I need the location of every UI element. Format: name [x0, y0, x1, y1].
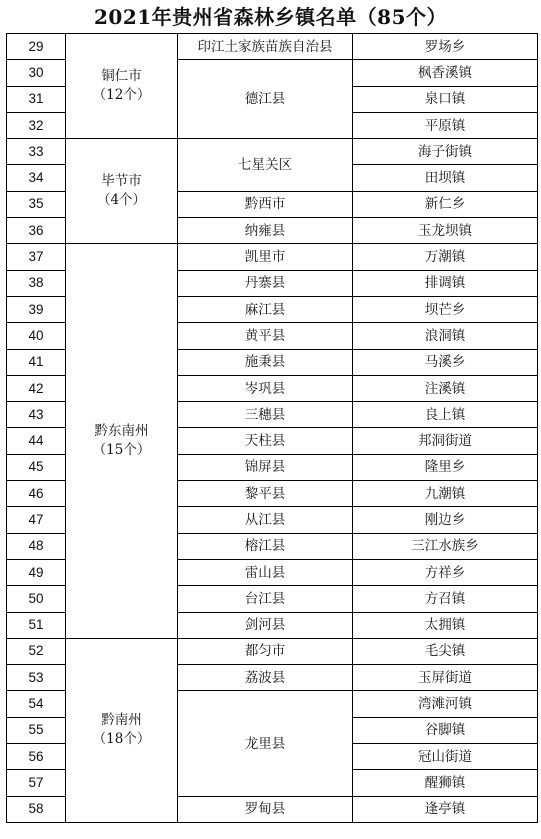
town-cell: 毛尖镇	[353, 638, 538, 664]
town-cell: 方召镇	[353, 586, 538, 612]
town-cell: 万潮镇	[353, 244, 538, 270]
county-cell: 施秉县	[178, 349, 353, 375]
row-number: 46	[7, 481, 66, 507]
row-number: 55	[7, 717, 66, 743]
county-cell: 剑河县	[178, 612, 353, 638]
row-number: 44	[7, 428, 66, 454]
row-number: 35	[7, 191, 66, 217]
document-title: 2021年贵州省森林乡镇名单（85个）	[0, 4, 541, 30]
town-cell: 太拥镇	[353, 612, 538, 638]
town-cell: 冠山街道	[353, 744, 538, 770]
town-cell: 玉屏街道	[353, 665, 538, 691]
row-number: 57	[7, 770, 66, 796]
table-row: 33毕节市（4个）七星关区海子街镇	[7, 139, 538, 165]
town-cell: 坝芒乡	[353, 296, 538, 322]
town-cell: 平原镇	[353, 112, 538, 138]
county-cell: 榕江县	[178, 533, 353, 559]
row-number: 40	[7, 323, 66, 349]
town-cell: 隆里乡	[353, 454, 538, 480]
city-count: （18个）	[66, 730, 177, 749]
town-cell: 马溪乡	[353, 349, 538, 375]
town-cell: 湾滩河镇	[353, 691, 538, 717]
row-number: 45	[7, 454, 66, 480]
town-cell: 排调镇	[353, 270, 538, 296]
town-cell: 逢亭镇	[353, 796, 538, 822]
town-cell: 泉口镇	[353, 86, 538, 112]
row-number: 53	[7, 665, 66, 691]
city-name: 黔南州	[66, 711, 177, 730]
city-cell: 黔南州（18个）	[66, 638, 178, 822]
table-row: 37黔东南州（15个）凯里市万潮镇	[7, 244, 538, 270]
forest-towns-table: 29铜仁市（12个）印江土家族苗族自治县罗场乡30德江县枫香溪镇31泉口镇32平…	[6, 33, 538, 823]
county-cell: 印江土家族苗族自治县	[178, 34, 353, 60]
town-cell: 三江水族乡	[353, 533, 538, 559]
town-cell: 浪洞镇	[353, 323, 538, 349]
county-cell: 荔波县	[178, 665, 353, 691]
town-cell: 九潮镇	[353, 481, 538, 507]
county-cell: 丹寨县	[178, 270, 353, 296]
county-cell: 锦屏县	[178, 454, 353, 480]
city-cell: 黔东南州（15个）	[66, 244, 178, 638]
county-cell: 从江县	[178, 507, 353, 533]
city-cell: 铜仁市（12个）	[66, 34, 178, 139]
city-cell: 毕节市（4个）	[66, 139, 178, 244]
city-count: （15个）	[66, 441, 177, 460]
county-cell: 雷山县	[178, 559, 353, 585]
county-cell: 都匀市	[178, 638, 353, 664]
row-number: 50	[7, 586, 66, 612]
table-body: 29铜仁市（12个）印江土家族苗族自治县罗场乡30德江县枫香溪镇31泉口镇32平…	[7, 34, 538, 823]
town-cell: 邦洞街道	[353, 428, 538, 454]
row-number: 52	[7, 638, 66, 664]
row-number: 30	[7, 60, 66, 86]
row-number: 54	[7, 691, 66, 717]
town-cell: 罗场乡	[353, 34, 538, 60]
town-cell: 醒狮镇	[353, 770, 538, 796]
town-cell: 枫香溪镇	[353, 60, 538, 86]
city-name: 黔东南州	[66, 422, 177, 441]
town-cell: 海子街镇	[353, 139, 538, 165]
county-cell: 七星关区	[178, 139, 353, 192]
row-number: 32	[7, 112, 66, 138]
county-cell: 黔西市	[178, 191, 353, 217]
city-count: （4个）	[66, 191, 177, 210]
town-cell: 玉龙坝镇	[353, 218, 538, 244]
county-cell: 龙里县	[178, 691, 353, 796]
city-name: 毕节市	[66, 172, 177, 191]
county-cell: 凯里市	[178, 244, 353, 270]
town-cell: 注溪镇	[353, 375, 538, 401]
county-cell: 天柱县	[178, 428, 353, 454]
row-number: 38	[7, 270, 66, 296]
row-number: 58	[7, 796, 66, 822]
row-number: 37	[7, 244, 66, 270]
row-number: 31	[7, 86, 66, 112]
row-number: 42	[7, 375, 66, 401]
county-cell: 三穗县	[178, 402, 353, 428]
town-cell: 田坝镇	[353, 165, 538, 191]
row-number: 49	[7, 559, 66, 585]
county-cell: 麻江县	[178, 296, 353, 322]
town-cell: 刚边乡	[353, 507, 538, 533]
county-cell: 岑巩县	[178, 375, 353, 401]
row-number: 33	[7, 139, 66, 165]
row-number: 48	[7, 533, 66, 559]
city-name: 铜仁市	[66, 67, 177, 86]
town-cell: 方祥乡	[353, 559, 538, 585]
county-cell: 罗甸县	[178, 796, 353, 822]
city-count: （12个）	[66, 86, 177, 105]
county-cell: 黎平县	[178, 481, 353, 507]
town-cell: 新仁乡	[353, 191, 538, 217]
county-cell: 纳雍县	[178, 218, 353, 244]
town-cell: 良上镇	[353, 402, 538, 428]
row-number: 47	[7, 507, 66, 533]
row-number: 29	[7, 34, 66, 60]
row-number: 39	[7, 296, 66, 322]
county-cell: 台江县	[178, 586, 353, 612]
row-number: 34	[7, 165, 66, 191]
row-number: 51	[7, 612, 66, 638]
county-cell: 德江县	[178, 60, 353, 139]
county-cell: 黄平县	[178, 323, 353, 349]
row-number: 41	[7, 349, 66, 375]
table-row: 29铜仁市（12个）印江土家族苗族自治县罗场乡	[7, 34, 538, 60]
row-number: 56	[7, 744, 66, 770]
row-number: 36	[7, 218, 66, 244]
town-cell: 谷脚镇	[353, 717, 538, 743]
row-number: 43	[7, 402, 66, 428]
table-row: 52黔南州（18个）都匀市毛尖镇	[7, 638, 538, 664]
